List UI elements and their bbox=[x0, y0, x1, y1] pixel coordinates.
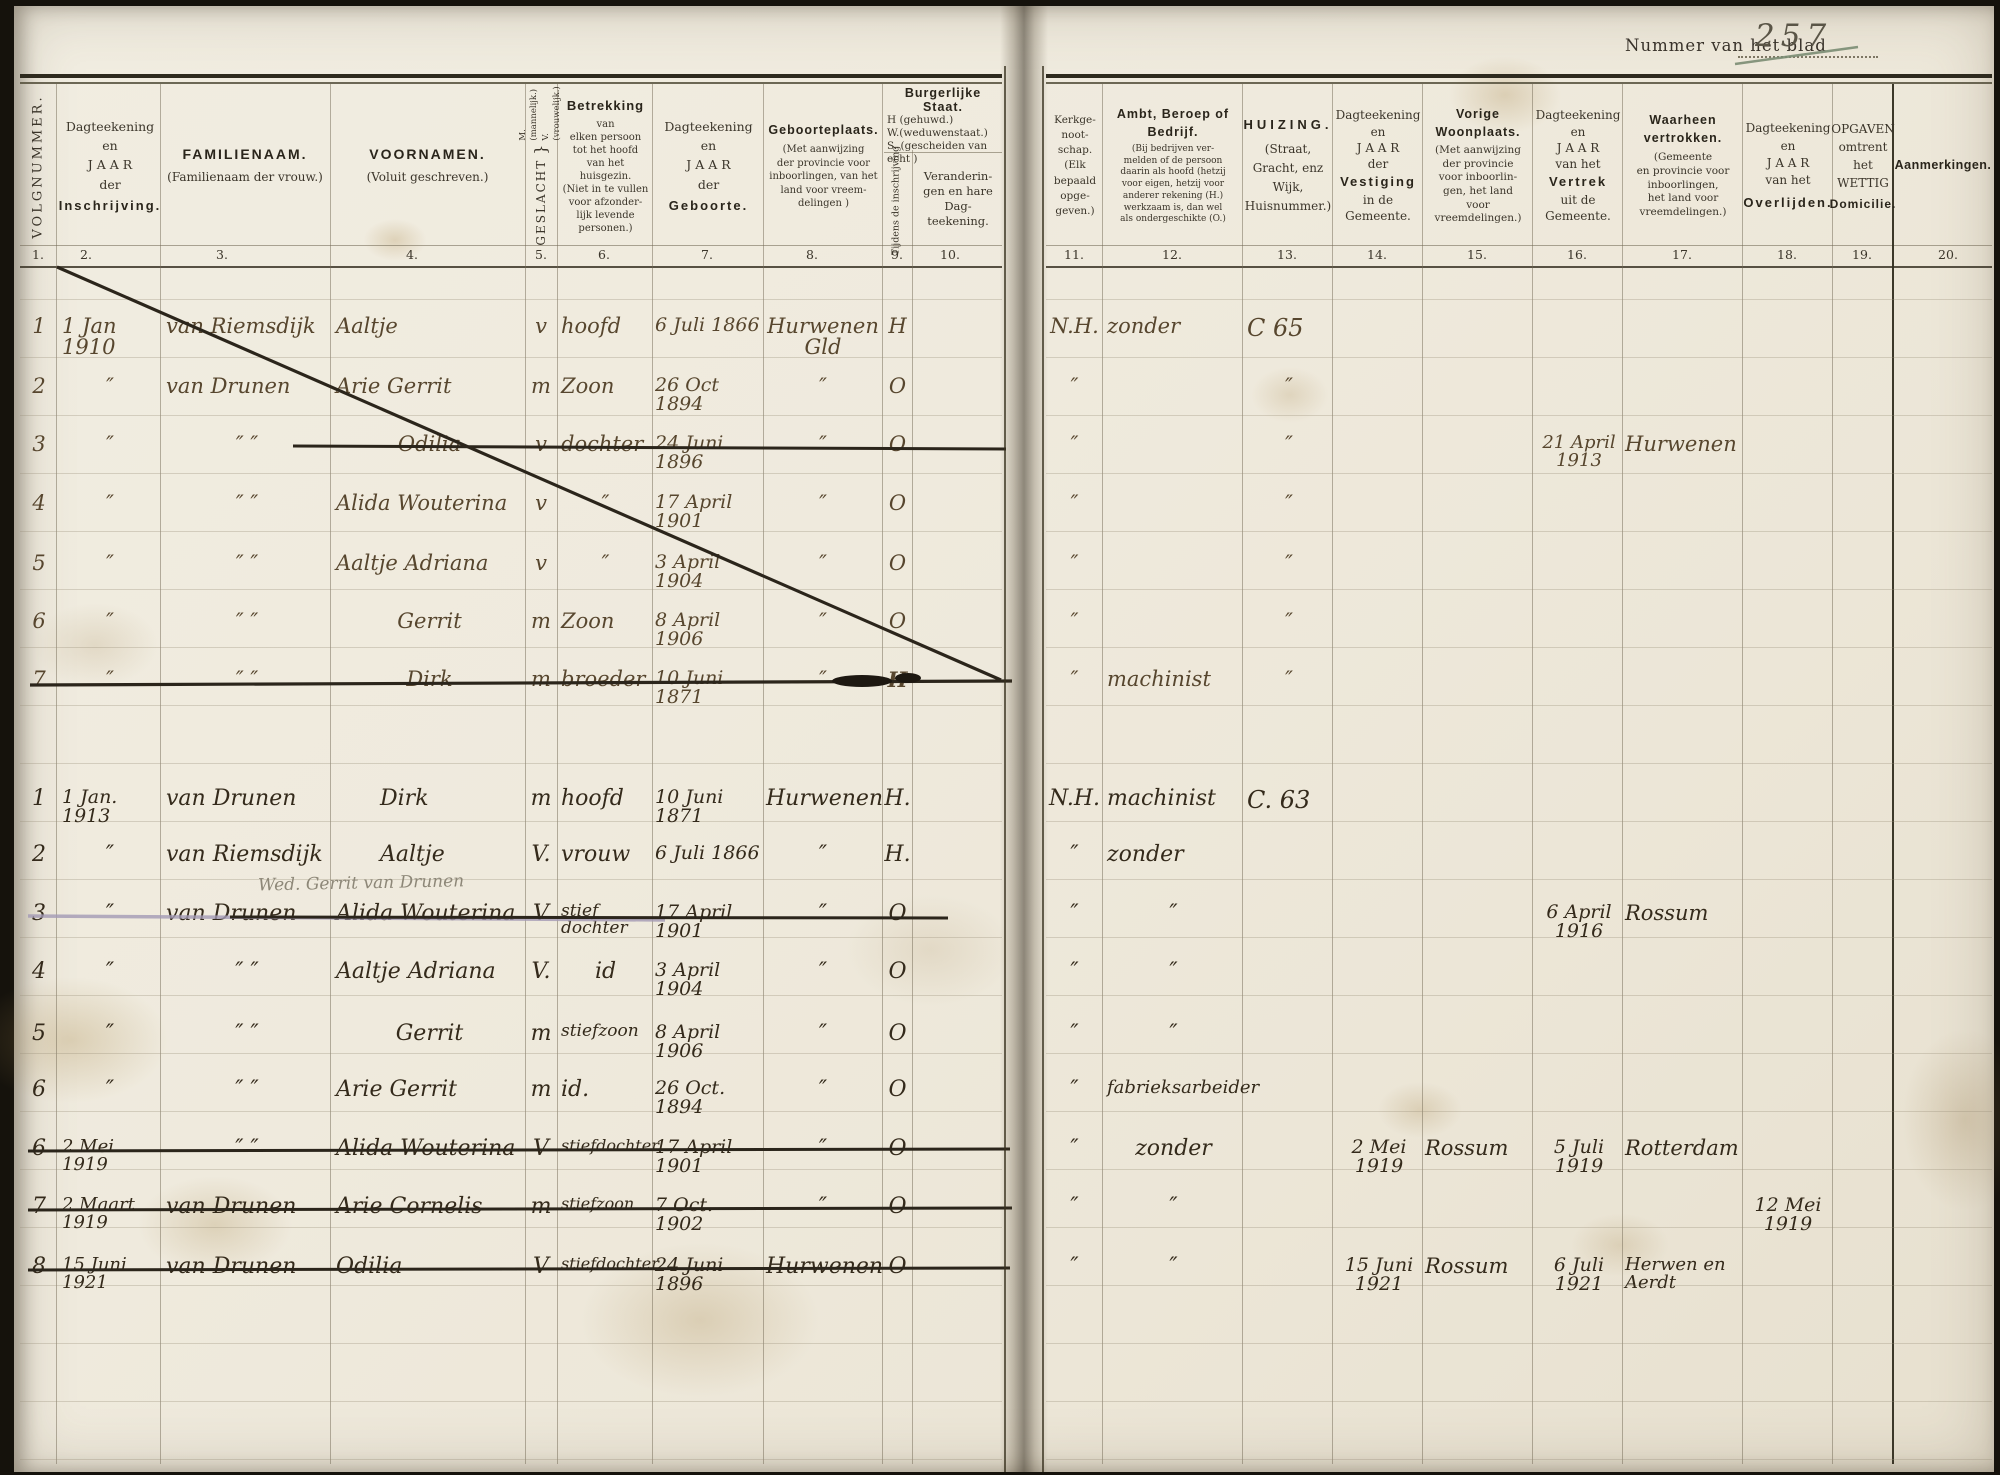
cell-inschrijving: 2 Mei 1919 bbox=[62, 1138, 158, 1174]
cell-kerkgenootschap: ″ bbox=[1048, 1079, 1101, 1101]
cell-volgnummer: 1 bbox=[22, 788, 56, 810]
register-row: 2 ″ van Drunen Arie Gerrit m Zoon 26 Oct… bbox=[0, 374, 2000, 408]
body-top-rule-left bbox=[20, 266, 1002, 268]
cell-vorige-woonplaats: Rossum bbox=[1425, 1256, 1531, 1277]
header-geslacht-group: GESLACHT}M. (mannelijk.) V. (vrouwelijk.… bbox=[518, 86, 564, 245]
cell-beroep: machinist bbox=[1107, 788, 1240, 810]
cell-familienaam: van Riemsdijk bbox=[166, 316, 328, 337]
cell-huizing: ″ bbox=[1247, 669, 1331, 690]
cell-waarheen: Hurwenen bbox=[1625, 434, 1741, 455]
register-row: 3 ″ ″ ″ Odilia v dochter 24 Juni 1896 ″ … bbox=[0, 432, 2000, 466]
cell-volgnummer: 5 bbox=[22, 553, 56, 574]
cell-voornamen: Alida Wouterina bbox=[336, 493, 523, 514]
cell-betrekking: Zoon bbox=[561, 376, 650, 397]
cell-geslacht: m bbox=[527, 1079, 555, 1101]
cell-burgerlijke-staat: O bbox=[884, 903, 911, 925]
cell-huizing: ″ bbox=[1247, 493, 1331, 514]
cell-volgnummer: 1 bbox=[22, 316, 56, 337]
cell-familienaam: ″ ″ bbox=[166, 1079, 328, 1101]
cell-volgnummer: 6 bbox=[22, 1079, 56, 1101]
header-waarheen-sub: (Gemeente en provincie voor inboorlingen… bbox=[1637, 151, 1730, 219]
cell-betrekking: stief dochter bbox=[561, 903, 650, 937]
header-geboorte-title: Geboorte. bbox=[669, 197, 748, 215]
cell-vestiging-datum: 2 Mei 1919 bbox=[1335, 1138, 1423, 1176]
cell-familienaam: ″ ″ bbox=[166, 1023, 328, 1045]
cell-inschrijving: 15 Juni 1921 bbox=[62, 1256, 158, 1292]
cell-geboortedatum: 3 April 1904 bbox=[655, 961, 761, 999]
cell-huizing: C. 63 bbox=[1247, 788, 1331, 812]
header-vertrek-title: Vertrek bbox=[1549, 173, 1607, 191]
cell-huizing: ″ bbox=[1247, 611, 1331, 632]
register-row: 4 ″ ″ ″ Aaltje Adriana V. id 3 April 190… bbox=[0, 959, 2000, 993]
cell-kerkgenootschap: ″ bbox=[1048, 611, 1101, 632]
cell-inschrijving: ″ bbox=[62, 961, 158, 983]
cell-geslacht: V bbox=[527, 1138, 555, 1160]
register-row: 7 ″ ″ ″ Dirk m broeder 10 Juni 1871 ″ H … bbox=[0, 667, 2000, 701]
cell-voornamen: Aaltje bbox=[336, 316, 523, 337]
cell-beroep: fabrieksarbeider bbox=[1107, 1079, 1240, 1097]
cell-geboortedatum: 17 April 1901 bbox=[655, 903, 761, 941]
cell-geboortedatum: 24 Juni 1896 bbox=[655, 1256, 761, 1294]
cell-geboortedatum: 17 April 1901 bbox=[655, 1138, 761, 1176]
cell-familienaam: van Drunen bbox=[166, 1256, 328, 1278]
header-huizing-title: HUIZING. bbox=[1243, 116, 1332, 134]
cell-geslacht: v bbox=[527, 316, 555, 337]
cell-burgerlijke-staat: O bbox=[884, 553, 911, 574]
cell-inschrijving: 2 Maart 1919 bbox=[62, 1196, 158, 1232]
body-top-rule-right bbox=[1046, 266, 1992, 268]
cell-huizing: C 65 bbox=[1247, 316, 1331, 340]
cell-familienaam: ″ ″ bbox=[166, 434, 328, 455]
register-row: 5 ″ ″ ″ Aaltje Adriana v ″ 3 April 1904 … bbox=[0, 551, 2000, 585]
col-num-11: 11. bbox=[1052, 247, 1096, 262]
cell-kerkgenootschap: ″ bbox=[1048, 493, 1101, 514]
header-waarheen: Waarheen vertrokken. (Gemeente en provin… bbox=[1624, 88, 1742, 244]
cell-burgerlijke-staat: O bbox=[884, 376, 911, 397]
cell-volgnummer: 3 bbox=[22, 434, 56, 455]
cell-familienaam: ″ ″ bbox=[166, 611, 328, 632]
top-rule2-left bbox=[20, 82, 1002, 84]
cell-geslacht: m bbox=[527, 669, 555, 690]
header-inschrijving: Dagteekening en J A A R der Inschrijving… bbox=[60, 88, 160, 244]
top-rule2-right bbox=[1046, 82, 1992, 84]
cell-volgnummer: 4 bbox=[22, 961, 56, 983]
cell-geslacht: m bbox=[527, 611, 555, 632]
header-betrekking-title: Betrekking bbox=[567, 97, 644, 115]
cell-volgnummer: 8 bbox=[22, 1256, 56, 1278]
cell-geslacht: m bbox=[527, 1196, 555, 1218]
cell-burgerlijke-staat: H bbox=[884, 669, 911, 690]
header-overlijden-title: Overlijden. bbox=[1743, 194, 1832, 212]
cell-geslacht: m bbox=[527, 1023, 555, 1045]
header-geboorte-pre: Dagteekening en J A A R der bbox=[664, 117, 752, 195]
cell-volgnummer: 4 bbox=[22, 493, 56, 514]
header-kerkgenootschap: Kerkge- noot- schap. (Elk bepaald opge- … bbox=[1048, 88, 1102, 244]
header-tijdens-inschrijving: Tijdens de inschrijving bbox=[882, 156, 912, 244]
cell-betrekking: ″ bbox=[561, 493, 650, 514]
cell-familienaam: van Drunen bbox=[166, 788, 328, 810]
cell-geslacht: V bbox=[527, 1256, 555, 1278]
header-vorige-woonplaats: Vorige Woonplaats. (Met aanwijzing der p… bbox=[1424, 88, 1532, 244]
header-geboorteplaats-title: Geboorteplaats. bbox=[768, 122, 878, 140]
header-volgnummer-label: VOLGNUMMER. bbox=[31, 94, 46, 238]
header-betrekking-sub: van elken persoon tot het hoofd van het … bbox=[563, 118, 649, 235]
col-num-16: 16. bbox=[1555, 247, 1599, 262]
cell-geslacht: v bbox=[527, 553, 555, 574]
cell-burgerlijke-staat: H. bbox=[884, 788, 911, 810]
header-domicilie-title: Domicilie. bbox=[1830, 196, 1897, 213]
cell-vertrek-datum: 6 Juli 1921 bbox=[1535, 1256, 1623, 1294]
header-aanmerkingen: Aanmerkingen. bbox=[1896, 88, 1990, 244]
header-vestiging-pre: Dagteekening en J A A R der bbox=[1336, 107, 1421, 172]
cell-huizing: ″ bbox=[1247, 553, 1331, 574]
cell-familienaam: ″ ″ bbox=[166, 961, 328, 983]
cell-betrekking: hoofd bbox=[561, 316, 650, 337]
cell-geslacht: V. bbox=[527, 844, 555, 866]
cell-huizing: ″ bbox=[1247, 376, 1331, 397]
cell-burgerlijke-staat: O bbox=[884, 1256, 911, 1278]
header-vorige-woonplaats-sub: (Met aanwijzing der provincie voor inboo… bbox=[1435, 144, 1522, 226]
header-sep-left bbox=[20, 245, 1002, 246]
col-num-20: 20. bbox=[1926, 247, 1970, 262]
col-num-12: 12. bbox=[1150, 247, 1194, 262]
cell-beroep: zonder bbox=[1107, 844, 1240, 866]
cell-kerkgenootschap: ″ bbox=[1048, 553, 1101, 574]
cell-burgerlijke-staat: O bbox=[884, 961, 911, 983]
cell-betrekking: stiefzoon bbox=[561, 1196, 650, 1212]
header-beroep: Ambt, Beroep of Bedrijf. (Bij bedrijven … bbox=[1104, 88, 1242, 244]
header-tijdens-inschrijving-label: Tijdens de inschrijving bbox=[891, 145, 904, 254]
cell-geboorteplaats: ″ bbox=[766, 1023, 880, 1045]
cell-kerkgenootschap: ″ bbox=[1048, 669, 1101, 690]
cell-voornamen: Arie Cornelis bbox=[336, 1196, 523, 1218]
cell-beroep: ″ bbox=[1107, 1196, 1240, 1218]
header-familienaam: FAMILIENAAM. (Familienaam der vrouw.) bbox=[162, 88, 328, 244]
col-num-13: 13. bbox=[1265, 247, 1309, 262]
cell-voornamen: Odilia bbox=[336, 1256, 523, 1278]
cell-burgerlijke-staat: H. bbox=[884, 844, 911, 866]
header-domicilie-pre: OPGAVEN omtrent het WETTIG bbox=[1831, 120, 1895, 192]
cell-geboortedatum: 8 April 1906 bbox=[655, 611, 761, 649]
cell-geslacht: V bbox=[527, 903, 555, 925]
cell-volgnummer: 3 bbox=[22, 903, 56, 925]
header-sep-right bbox=[1046, 245, 1992, 246]
cell-beroep: ″ bbox=[1107, 1023, 1240, 1045]
cell-beroep: ″ bbox=[1107, 903, 1240, 925]
col-num-8: 8. bbox=[790, 247, 834, 262]
cell-inschrijving: ″ bbox=[62, 493, 158, 514]
cell-betrekking: id bbox=[561, 961, 650, 983]
col-num-9: 9. bbox=[875, 247, 919, 262]
cell-voornamen: Odilia bbox=[336, 434, 523, 455]
cell-burgerlijke-staat: O bbox=[884, 493, 911, 514]
cell-geboortedatum: 17 April 1901 bbox=[655, 493, 761, 531]
cell-kerkgenootschap: ″ bbox=[1048, 1196, 1101, 1218]
cell-geboorteplaats: ″ bbox=[766, 961, 880, 983]
header-geslacht-mv: M. (mannelijk.) V. (vrouwelijk.) bbox=[518, 86, 564, 140]
header-geboorteplaats-sub: (Met aanwijzing der provincie voor inboo… bbox=[769, 143, 877, 211]
sheet-number-value: 257 bbox=[1755, 18, 1832, 54]
cell-betrekking: vrouw bbox=[561, 844, 650, 866]
header-voornamen: VOORNAMEN. (Voluit geschreven.) bbox=[332, 88, 523, 244]
cell-familienaam: van Riemsdijk bbox=[166, 844, 328, 866]
col-num-4: 4. bbox=[390, 247, 434, 262]
cell-geboorteplaats: ″ bbox=[766, 493, 880, 514]
col-num-15: 15. bbox=[1455, 247, 1499, 262]
cell-familienaam: van Drunen bbox=[166, 1196, 328, 1218]
header-betrekking: Betrekking van elken persoon tot het hoo… bbox=[559, 88, 652, 244]
cell-inschrijving: ″ bbox=[62, 611, 158, 632]
cell-beroep: machinist bbox=[1107, 669, 1240, 690]
cell-betrekking: ″ bbox=[561, 553, 650, 574]
header-burgerlijke-staat-title: Burgerlijke Staat. bbox=[884, 86, 1002, 114]
cell-burgerlijke-staat: O bbox=[884, 1196, 911, 1218]
cell-inschrijving: ″ bbox=[62, 903, 158, 925]
cell-beroep: ″ bbox=[1107, 1256, 1240, 1278]
header-voornamen-sub: (Voluit geschreven.) bbox=[367, 168, 489, 187]
cell-voornamen: Dirk bbox=[336, 669, 523, 690]
cell-familienaam: van Drunen bbox=[166, 903, 328, 925]
cell-geslacht: m bbox=[527, 788, 555, 810]
cell-voornamen: Aaltje Adriana bbox=[336, 553, 523, 574]
cell-volgnummer: 7 bbox=[22, 1196, 56, 1218]
register-row: 6 ″ ″ ″ Arie Gerrit m id. 26 Oct. 1894 ″… bbox=[0, 1077, 2000, 1111]
header-vestiging-title: Vestiging bbox=[1340, 173, 1416, 191]
register-row: 6 2 Mei 1919 ″ ″ Alida Wouterina V stief… bbox=[0, 1136, 2000, 1170]
cell-burgerlijke-staat: O bbox=[884, 611, 911, 632]
cell-familienaam: van Drunen bbox=[166, 376, 328, 397]
cell-volgnummer: 6 bbox=[22, 611, 56, 632]
cell-beroep: zonder bbox=[1107, 1138, 1240, 1160]
col-num-5: 5. bbox=[519, 247, 563, 262]
header-vestiging-post: in de Gemeente. bbox=[1345, 192, 1411, 224]
header-waarheen-title: Waarheen vertrokken. bbox=[1644, 112, 1722, 147]
col-num-10: 10. bbox=[928, 247, 972, 262]
cell-inschrijving: 1 Jan 1910 bbox=[62, 316, 158, 358]
header-veranderingen-label: Veranderin- gen en hare Dag- teekening. bbox=[923, 169, 993, 229]
register-row: 2 ″ van Riemsdijk Aaltje V. vrouw 6 Juli… bbox=[0, 842, 2000, 876]
header-vertrek-pre: Dagteekening en J A A R van het bbox=[1536, 107, 1621, 172]
header-vestiging: Dagteekening en J A A R der Vestiging in… bbox=[1334, 88, 1422, 244]
header-geslacht-brace: } bbox=[532, 145, 551, 155]
register-spread: Nummer van het blad 257 VOLGNUMMER. Dagt… bbox=[0, 0, 2000, 1475]
cell-geboorteplaats: Hurwenen bbox=[766, 1256, 880, 1278]
cell-vestiging-datum: 15 Juni 1921 bbox=[1335, 1256, 1423, 1294]
cell-volgnummer: 6 bbox=[22, 1138, 56, 1160]
header-inschrijving-pre: Dagteekening en J A A R der bbox=[66, 117, 154, 195]
cell-geslacht: m bbox=[527, 376, 555, 397]
cell-geboortedatum: 10 Juni 1871 bbox=[655, 788, 761, 826]
cell-vertrek-datum: 6 April 1916 bbox=[1535, 903, 1623, 941]
header-familienaam-sub: (Familienaam der vrouw.) bbox=[167, 168, 323, 187]
cell-beroep: zonder bbox=[1107, 316, 1240, 337]
cell-kerkgenootschap: ″ bbox=[1048, 434, 1101, 455]
cell-betrekking: hoofd bbox=[561, 788, 650, 810]
cell-geboortedatum: 3 April 1904 bbox=[655, 553, 761, 591]
header-aanmerkingen-title: Aanmerkingen. bbox=[1895, 157, 1992, 175]
col-num-1: 1. bbox=[16, 247, 60, 262]
header-geboorteplaats: Geboorteplaats. (Met aanwijzing der prov… bbox=[765, 88, 882, 244]
cell-geboortedatum: 8 April 1906 bbox=[655, 1023, 761, 1061]
register-row: 1 1 Jan. 1913 van Drunen Dirk m hoofd 10… bbox=[0, 786, 2000, 820]
col-num-7: 7. bbox=[685, 247, 729, 262]
header-beroep-title: Ambt, Beroep of Bedrijf. bbox=[1117, 106, 1229, 141]
col-num-18: 18. bbox=[1765, 247, 1809, 262]
cell-burgerlijke-staat: O bbox=[884, 1079, 911, 1101]
cell-geboortedatum: 6 Juli 1866 bbox=[655, 844, 761, 863]
cell-waarheen: Rossum bbox=[1625, 903, 1741, 924]
cell-geboorteplaats: ″ bbox=[766, 1138, 880, 1160]
cell-huizing: ″ bbox=[1247, 434, 1331, 455]
cell-voornamen: Gerrit bbox=[336, 611, 523, 632]
cell-volgnummer: 2 bbox=[22, 844, 56, 866]
cell-geboorteplaats: ″ bbox=[766, 1196, 880, 1218]
header-beroep-sub: (Bij bedrijven ver- melden of de persoon… bbox=[1120, 144, 1226, 226]
cell-inschrijving: 1 Jan. 1913 bbox=[62, 788, 158, 826]
header-familienaam-title: FAMILIENAAM. bbox=[182, 145, 307, 165]
cell-betrekking: id. bbox=[561, 1079, 650, 1101]
header-geslacht: GESLACHT}M. (mannelijk.) V. (vrouwelijk.… bbox=[525, 88, 557, 244]
cell-kerkgenootschap: N.H. bbox=[1048, 788, 1101, 810]
cell-familienaam: ″ ″ bbox=[166, 493, 328, 514]
cell-geboortedatum: 26 Oct 1894 bbox=[655, 376, 761, 414]
cell-inschrijving: ″ bbox=[62, 1079, 158, 1101]
header-vertrek-post: uit de Gemeente. bbox=[1545, 192, 1611, 224]
cell-voornamen: Arie Gerrit bbox=[336, 376, 523, 397]
cell-geboorteplaats: Hurwenen bbox=[766, 788, 880, 810]
cell-kerkgenootschap: ″ bbox=[1048, 961, 1101, 983]
cell-familienaam: ″ ″ bbox=[166, 669, 328, 690]
register-row: 6 ″ ″ ″ Gerrit m Zoon 8 April 1906 ″ O ″… bbox=[0, 609, 2000, 643]
top-rule-right bbox=[1046, 74, 1992, 78]
cell-inschrijving: ″ bbox=[62, 376, 158, 397]
register-row: 3 ″ van Drunen Alida Wouterina V stief d… bbox=[0, 901, 2000, 935]
col-num-17: 17. bbox=[1660, 247, 1704, 262]
header-voornamen-title: VOORNAMEN. bbox=[369, 145, 485, 165]
header-vorige-woonplaats-title: Vorige Woonplaats. bbox=[1435, 106, 1520, 141]
cell-kerkgenootschap: ″ bbox=[1048, 844, 1101, 866]
cell-geboorteplaats: ″ bbox=[766, 903, 880, 925]
col-num-14: 14. bbox=[1355, 247, 1399, 262]
cell-geslacht: v bbox=[527, 434, 555, 455]
cell-volgnummer: 5 bbox=[22, 1023, 56, 1045]
col-num-6: 6. bbox=[582, 247, 626, 262]
col-num-3: 3. bbox=[200, 247, 244, 262]
cell-geslacht: V. bbox=[527, 961, 555, 983]
cell-beroep: ″ bbox=[1107, 961, 1240, 983]
cell-burgerlijke-staat: H bbox=[884, 316, 911, 337]
cell-voornamen: Alida Wouterina bbox=[336, 1138, 523, 1160]
cell-burgerlijke-staat: O bbox=[884, 434, 911, 455]
cell-geboorteplaats: ″ bbox=[766, 376, 880, 397]
cell-betrekking: dochter bbox=[561, 434, 650, 455]
header-overlijden: Dagteekening en J A A R van het Overlijd… bbox=[1744, 88, 1832, 244]
cell-geboorteplaats: ″ bbox=[766, 611, 880, 632]
register-row: 1 1 Jan 1910 van Riemsdijk Aaltje v hoof… bbox=[0, 314, 2000, 348]
register-row: 4 ″ ″ ″ Alida Wouterina v ″ 17 April 190… bbox=[0, 491, 2000, 525]
cell-geboorteplaats: ″ bbox=[766, 844, 880, 866]
cell-inschrijving: ″ bbox=[62, 553, 158, 574]
register-row: 8 15 Juni 1921 van Drunen Odilia V stief… bbox=[0, 1254, 2000, 1288]
cell-betrekking: Zoon bbox=[561, 611, 650, 632]
header-kerkgenootschap-label: Kerkge- noot- schap. (Elk bepaald opge- … bbox=[1054, 113, 1096, 220]
cell-inschrijving: ″ bbox=[62, 434, 158, 455]
cell-geslacht: v bbox=[527, 493, 555, 514]
cell-kerkgenootschap: ″ bbox=[1048, 1023, 1101, 1045]
cell-geboorteplaats: ″ bbox=[766, 669, 880, 690]
register-row: 5 ″ ″ ″ Gerrit m stiefzoon 8 April 1906 … bbox=[0, 1021, 2000, 1055]
header-huizing-sub: (Straat, Gracht, enz Wijk, Huisnummer.) bbox=[1245, 140, 1331, 217]
header-geslacht-label: GESLACHT bbox=[534, 159, 548, 246]
col-num-19: 19. bbox=[1840, 247, 1884, 262]
header-vertrek: Dagteekening en J A A R van het Vertrek … bbox=[1534, 88, 1622, 244]
cell-kerkgenootschap: ″ bbox=[1048, 1256, 1101, 1278]
cell-burgerlijke-staat: O bbox=[884, 1023, 911, 1045]
header-domicilie: OPGAVEN omtrent het WETTIG Domicilie. bbox=[1834, 88, 1892, 244]
cell-voornamen: Arie Gerrit bbox=[336, 1079, 523, 1101]
cell-kerkgenootschap: ″ bbox=[1048, 1138, 1101, 1160]
cell-familienaam: ″ ″ bbox=[166, 1138, 328, 1160]
cell-vorige-woonplaats: Rossum bbox=[1425, 1138, 1531, 1159]
cell-geboortedatum: 10 Juni 1871 bbox=[655, 669, 761, 707]
cell-voornamen: Alida Wouterina bbox=[336, 903, 523, 925]
cell-geboortedatum: 26 Oct. 1894 bbox=[655, 1079, 761, 1117]
cell-betrekking: stiefdochter bbox=[561, 1138, 650, 1154]
col-num-2: 2. bbox=[64, 247, 108, 262]
cell-waarheen: Herwen en Aerdt bbox=[1625, 1256, 1741, 1292]
header-geboorte: Dagteekening en J A A R der Geboorte. bbox=[654, 88, 763, 244]
cell-waarheen: Rotterdam bbox=[1625, 1138, 1741, 1159]
cell-kerkgenootschap: N.H. bbox=[1048, 316, 1101, 337]
cell-geboortedatum: 7 Oct. 1902 bbox=[655, 1196, 761, 1234]
register-row: 7 2 Maart 1919 van Drunen Arie Cornelis … bbox=[0, 1194, 2000, 1228]
cell-inschrijving: ″ bbox=[62, 844, 158, 866]
cell-geboorteplaats: ″ bbox=[766, 1079, 880, 1101]
header-inschrijving-title: Inschrijving. bbox=[59, 197, 162, 215]
cell-voornamen: Aaltje Adriana bbox=[336, 961, 523, 983]
cell-overlijden-datum: 12 Mei 1919 bbox=[1745, 1196, 1831, 1234]
cell-betrekking: stiefzoon bbox=[561, 1023, 650, 1040]
cell-geboortedatum: 6 Juli 1866 bbox=[655, 316, 761, 335]
cell-inschrijving: ″ bbox=[62, 669, 158, 690]
cell-geboortedatum: 24 Juni 1896 bbox=[655, 434, 761, 472]
cell-familienaam: ″ ″ bbox=[166, 553, 328, 574]
cell-volgnummer: 7 bbox=[22, 669, 56, 690]
cell-betrekking: stiefdochter bbox=[561, 1256, 650, 1272]
cell-betrekking: broeder bbox=[561, 669, 650, 690]
header-veranderingen: Veranderin- gen en hare Dag- teekening. bbox=[914, 156, 1002, 242]
cell-kerkgenootschap: ″ bbox=[1048, 903, 1101, 925]
cell-geboorteplaats: Hurwenen Gld bbox=[766, 316, 880, 358]
cell-inschrijving: ″ bbox=[62, 1023, 158, 1045]
cell-burgerlijke-staat: O bbox=[884, 1138, 911, 1160]
header-burgerlijke-staat: Burgerlijke Staat. H (gehuwd.) W.(weduwe… bbox=[884, 86, 1002, 150]
header-volgnummer: VOLGNUMMER. bbox=[20, 88, 56, 244]
cell-voornamen: Gerrit bbox=[336, 1023, 523, 1045]
cell-geboorteplaats: ″ bbox=[766, 553, 880, 574]
top-rule-left bbox=[20, 74, 1002, 78]
header-huizing: HUIZING. (Straat, Gracht, enz Wijk, Huis… bbox=[1244, 88, 1332, 244]
header-overlijden-pre: Dagteekening en J A A R van het bbox=[1746, 120, 1831, 190]
cell-geboorteplaats: ″ bbox=[766, 434, 880, 455]
cell-volgnummer: 2 bbox=[22, 376, 56, 397]
cell-vertrek-datum: 5 Juli 1919 bbox=[1535, 1138, 1623, 1176]
cell-vertrek-datum: 21 April 1913 bbox=[1535, 434, 1623, 470]
cell-kerkgenootschap: ″ bbox=[1048, 376, 1101, 397]
